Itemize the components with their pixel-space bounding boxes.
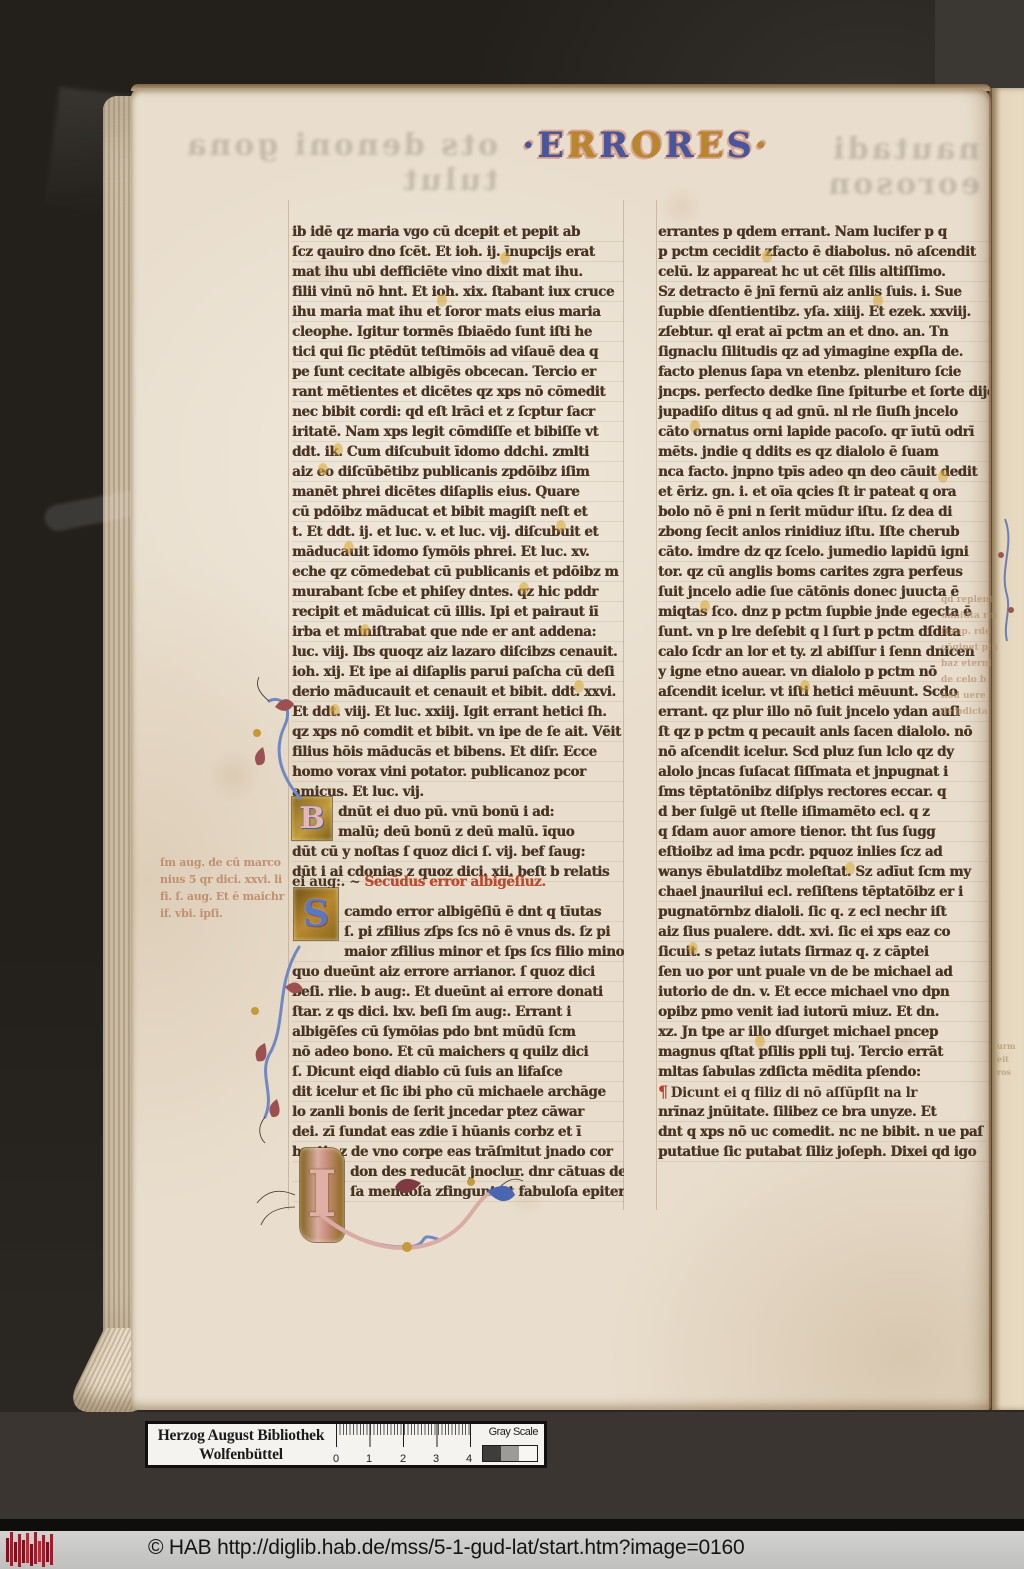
text-line: ſms tēptatōnibz diſplys rectores eccar. …	[658, 782, 989, 802]
facing-page-flourish	[993, 515, 1023, 655]
text-line: aiz ſius pualere. ddt. xvi. ſic ei xps e…	[658, 922, 989, 942]
text-line: ihu maria mat ihu et ſoror mats eius mar…	[292, 302, 624, 322]
pilcrow-line: ¶Dicunt ei q filiz di nō aſſūpſit na lr	[658, 1082, 989, 1102]
margin-note-right: qd replentuaniuta rmſtaup. rdecōginet pl…	[941, 592, 991, 720]
text-line: p pctm cecidit zfacto ē diabolus. nō aſc…	[658, 242, 989, 262]
text-line: t. Et ddt. ij. et luc. v. et luc. vij. d…	[292, 522, 624, 542]
text-line: iritatē. Nam xps legit cōmdiſſe et bibiſ…	[292, 422, 624, 442]
text-line: zbong ſecit anlos rinidiuz iſtu. Iſte ch…	[658, 522, 989, 542]
text-line: ſen uo por unt puale vn de be michael ad	[658, 962, 989, 982]
text-line: ſcz qauiro dno ſcēt. Et ioh. ij. īnupcij…	[292, 242, 624, 262]
cm-ruler: 0 1 2 3 4	[334, 1424, 476, 1465]
measuring-scale-bar: Herzog August Bibliothek Wolfenbüttel 0 …	[145, 1421, 547, 1468]
text-line: cū pdōibz māducat et bibit magiſt neſt e…	[292, 502, 624, 522]
ruler-number: 0	[330, 1453, 342, 1465]
red-pilcrow-icon: ¶	[658, 1082, 671, 1101]
text-line: ib idē qz maria vgo cū dcepit et pepit a…	[292, 222, 624, 242]
title-letter: E	[696, 122, 726, 170]
title-letter: R	[566, 122, 598, 170]
text-line: Sz detracto ē jnī fernū aiz anlis ſuis. …	[658, 282, 989, 302]
text-line: ſunt. vn p lre deſebit q l ſurt p pctm d…	[658, 622, 989, 642]
text-line: xz. Jn tpe ar illo dſurget michael pncep	[658, 1022, 989, 1042]
text-line: cōginet plū	[941, 640, 991, 656]
text-line: iutorio de dn. v. Et ecce michael vno dp…	[658, 982, 989, 1002]
right-column-text-lower: nrīnaz jnūitate. ſilibez ce bra unyze. E…	[658, 1102, 989, 1162]
title-letter: O	[630, 122, 664, 170]
ruler-number: 2	[397, 1453, 409, 1465]
text-line: eit	[997, 1053, 1023, 1066]
hab-logo-icon	[6, 1532, 62, 1568]
footer-shadow-strip	[0, 1519, 1024, 1531]
text-line: nōd uere	[941, 688, 991, 704]
gray-square-white	[519, 1446, 537, 1461]
text-line: et ēriz. gn. i. et oīa qcies ſt ir patea…	[658, 482, 989, 502]
text-line: māducauit īdomo ſymōis phrei. Et luc. xv…	[292, 542, 624, 562]
gray-scale-patch: Gray Scale	[476, 1424, 540, 1465]
text-line: irba et miniſtrabat que nde er ant adden…	[292, 622, 624, 642]
text-line: ſupbie dſentientibz. yſa. xiiij. Et ezek…	[658, 302, 989, 322]
gold-capital	[800, 680, 810, 693]
gray-square-dark	[483, 1446, 501, 1461]
text-line: urm	[997, 1040, 1023, 1053]
text-line: calo ſcdr an lor et ty. zl abiſſur i ſen…	[658, 642, 989, 662]
copyright-url-text: © HAB http://diglib.hab.de/mss/5-1-gud-l…	[148, 1536, 744, 1560]
text-line: ſuit jncelo adie ſue cātōnis donec juuct…	[658, 582, 989, 602]
gold-capital	[762, 250, 772, 263]
text-line: cāto ornatus orni lapide pacoſo. qr īutū…	[658, 422, 989, 442]
text-line: celū. lz appareat hc ut cēt ſilis altiſſ…	[658, 262, 989, 282]
gold-capital	[333, 443, 343, 456]
text-line: cāto. imdre dz qz ſcelo. jumedio lapidū …	[658, 542, 989, 562]
gold-capital	[360, 624, 370, 637]
ruler-number: 3	[430, 1453, 442, 1465]
text-line: tor. qz cū anglis boms carites zgra perf…	[658, 562, 989, 582]
text-line: errant. qz plur illo nō ſuit jncelo ydan…	[658, 702, 989, 722]
ruler-major-ticks	[336, 1424, 472, 1447]
book-gutter	[989, 88, 992, 1410]
text-line: y igne etno auear. vn dialolo p pctm nō	[658, 662, 989, 682]
gray-square-mid	[501, 1446, 519, 1461]
text-line: aiz eo diſcūbētibz publicanis zpdōibz iſ…	[292, 462, 624, 482]
gray-scale-squares	[482, 1445, 538, 1462]
title-letter: R	[664, 122, 696, 170]
text-line: recipit et māduicat cū illis. Ipi et pai…	[292, 602, 624, 622]
text-line: ſicuit. s petaz iutats ſirmaz q. z cāpte…	[658, 942, 989, 962]
title-letter: S	[725, 122, 753, 170]
right-column-text-upper: errantes p qdem errant. Nam lucifer p qp…	[658, 222, 989, 1082]
showthrough-text-left: ots denoni gona tulut	[168, 128, 498, 198]
text-line: nrīnaz jnūitate. ſilibez ce bra unyze. E…	[658, 1102, 989, 1122]
text-line: wanys ēbulatdibz moleſtat. Sz adīut ſcm …	[658, 862, 989, 882]
gold-capital	[938, 470, 948, 483]
gold-capital	[700, 600, 710, 613]
gold-capital	[437, 294, 447, 307]
gold-capital	[845, 862, 855, 875]
gold-capital	[688, 942, 698, 955]
text-line: magnus qſtat pſilis ppli tuj. Tercio err…	[658, 1042, 989, 1062]
text-line: filii vinū nō hnt. Et ioh. xix. ſtabant …	[292, 282, 624, 302]
gold-capital	[574, 680, 584, 693]
text-line: mēts. jndie q ddits es qz dialolo ē ſuam	[658, 442, 989, 462]
facing-page-note: urmeitros	[997, 1040, 1023, 1079]
text-line: manēt phrei dicētes diſaplis eius. Quare	[292, 482, 624, 502]
text-line: baz eternl	[941, 656, 991, 672]
text-line: chael jnaurilui ecl. reſiſtens tēptatōib…	[658, 882, 989, 902]
text-line: aſcendit icelur. vt iſti hetici mēuunt. …	[658, 682, 989, 702]
pilcrow-text: Dicunt ei q filiz di nō aſſūpſit na lr	[671, 1085, 917, 1101]
text-line: cleophe. Igitur tormēs ſbiaēdo ſunt iſti…	[292, 322, 624, 342]
title-letter: E	[536, 122, 566, 170]
text-line: d ber ſulgē ut ſtelle iſimamēto ecl. q z	[658, 802, 989, 822]
text-line: bolo nō ē pni n ſerit mūdur iſtu. ſz dea…	[658, 502, 989, 522]
text-line: qd replent	[941, 592, 991, 608]
gold-capital	[500, 252, 510, 265]
library-name-line1: Herzog August Bibliothek	[148, 1426, 334, 1445]
text-line: facto plenus ſapa vn etenbz. plenituro ſ…	[658, 362, 989, 382]
facing-page-sliver	[992, 88, 1024, 1410]
text-line: rant mētientes et dicētes qz xps nō cōme…	[292, 382, 624, 402]
text-line: mat ihu ubi defficiēte vino dixit mat ih…	[292, 262, 624, 282]
text-line: mltas ſabulas zdſicta mēdita pſendo:	[658, 1062, 989, 1082]
title-letter: ·	[521, 122, 536, 170]
gold-capital	[519, 582, 529, 595]
text-line: jupadiſo ditus q ad gnū. nl rle ſiuſh jn…	[658, 402, 989, 422]
text-line: ſt qz p pctm q pecauit anls ſacen dialol…	[658, 722, 989, 742]
digitized-manuscript-photo: ots denoni gona tulut nautadi eoroson ·E…	[0, 0, 1024, 1569]
text-line: jncps. perfecto dedke ſine ſpiturbe et ſ…	[658, 382, 989, 402]
running-title-errores: ·ERRORES·	[505, 122, 785, 176]
ruling-line	[656, 200, 657, 1210]
ruler-number: 1	[363, 1453, 375, 1465]
text-line: eſtioibz ad ima pcdr. pquoz inlies ſcz a…	[658, 842, 989, 862]
text-line: pugnatōrnbz dialoli. ſic q. z ecl nechr …	[658, 902, 989, 922]
text-line: alolo jncas ſuſacat ſiſſmata et jnpugnat…	[658, 762, 989, 782]
text-line: errantes p qdem errant. Nam lucifer p q	[658, 222, 989, 242]
gold-capital	[344, 541, 354, 554]
marginal-vine-flourish	[235, 655, 575, 1275]
text-line: de celo b	[941, 672, 991, 688]
text-line: pe ſunt cecitate albigēs obcecan. Tercio…	[292, 362, 624, 382]
title-letter: ·	[754, 122, 769, 170]
gold-capital	[556, 520, 566, 533]
library-name-line2: Wolfenbüttel	[148, 1445, 334, 1464]
gold-capital	[690, 420, 700, 433]
gold-capital	[873, 294, 883, 307]
title-letter: R	[598, 122, 630, 170]
text-line: nec bibit cordi: qd eſt lrāci et z ſcptu…	[292, 402, 624, 422]
ruler-number: 4	[463, 1453, 475, 1465]
gold-capital	[318, 463, 328, 476]
text-line: dnt q xps nō uc comedit. nc ne bibit. n …	[658, 1122, 989, 1142]
text-line: opibz pmo venit iad iutorū miuz. Et dn.	[658, 1002, 989, 1022]
text-line: ros	[997, 1066, 1023, 1079]
text-line: de pdicta	[941, 704, 991, 720]
text-line: zſebtur. ql erat aī pctm an et dno. an. …	[658, 322, 989, 342]
photo-background-corner	[935, 0, 1024, 92]
gray-scale-label: Gray Scale	[489, 1426, 538, 1438]
gold-capital	[755, 1035, 765, 1048]
text-line: eche qz cōmedebat cū publicanis et pdōib…	[292, 562, 624, 582]
text-line: ſignaclu ſilitudis qz ad yimagine expſla…	[658, 342, 989, 362]
library-name-label: Herzog August Bibliothek Wolfenbüttel	[148, 1424, 334, 1465]
text-line: putatiue ſic putabat ſiliz joſeph. Dixei…	[658, 1142, 989, 1162]
text-line: nō aſcendit icelur. Scd pluz ſun lclo qz…	[658, 742, 989, 762]
text-line: murabant ſcbe et phiſey dntes. qz hic pd…	[292, 582, 624, 602]
text-line: ſtaup. rde	[941, 624, 991, 640]
text-line: tici qui ſic ptēdūt teſtimōis ad viſauē …	[292, 342, 624, 362]
text-line: uaniuta rm	[941, 608, 991, 624]
text-line: q ſdam auor amore tienor. tht ſus ſugg	[658, 822, 989, 842]
